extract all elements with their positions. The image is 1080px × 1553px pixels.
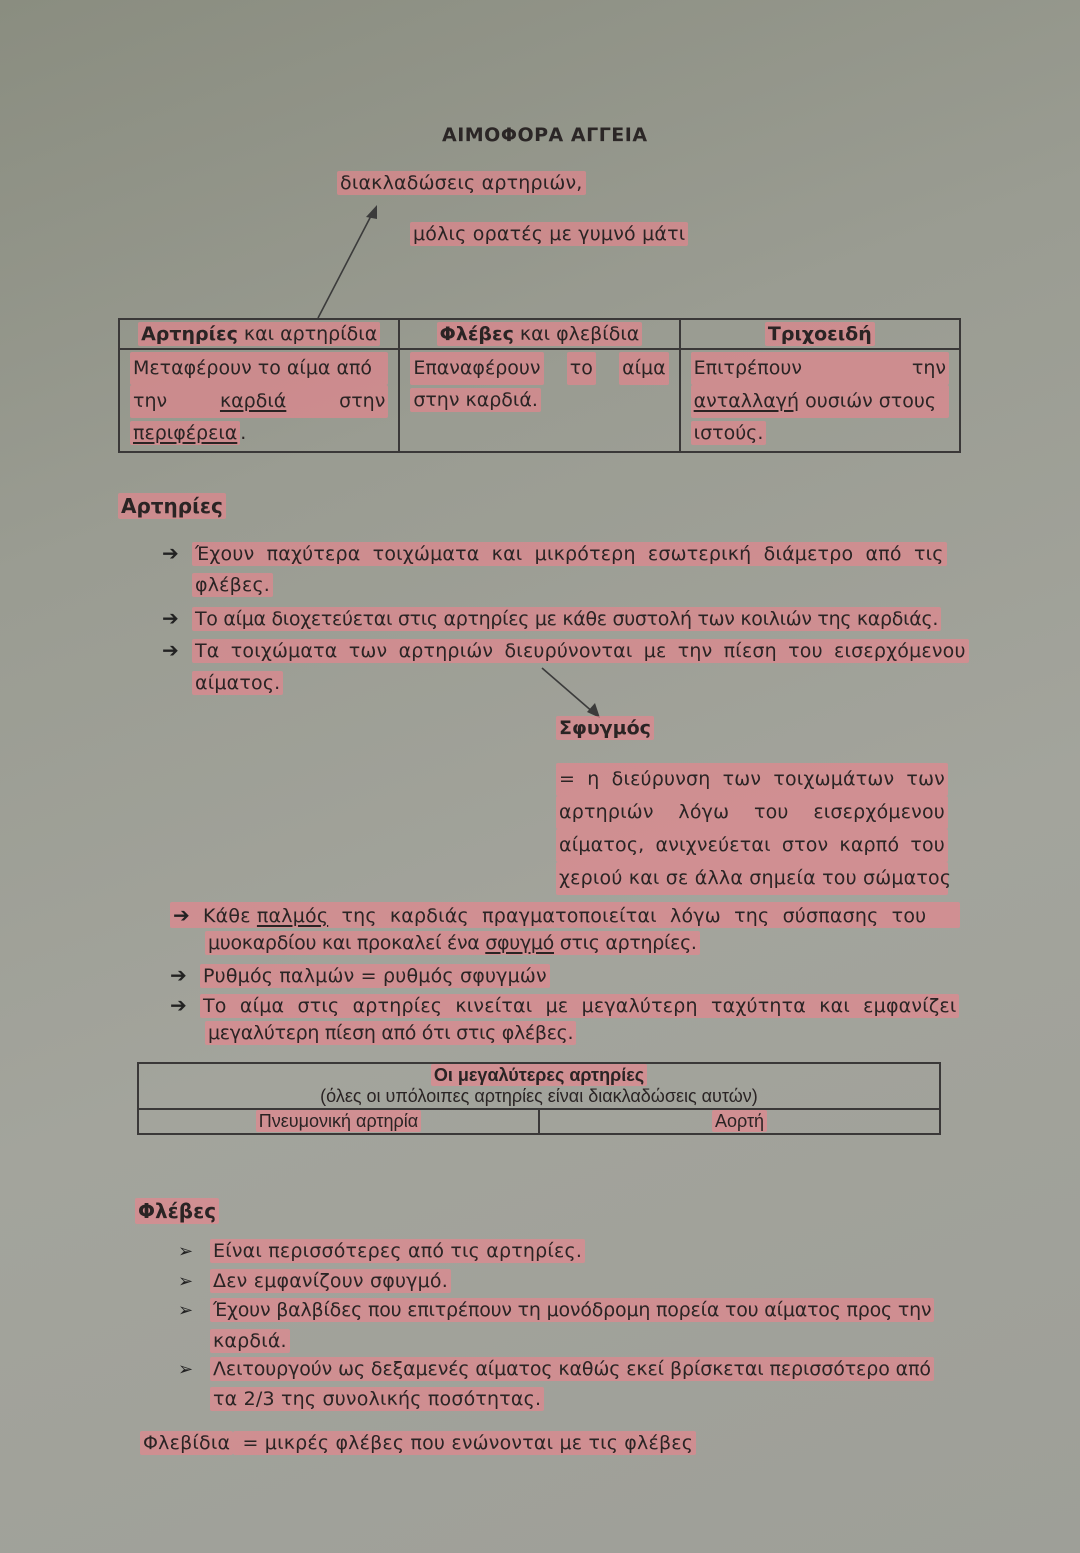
- list-item-continuation: μεγαλύτερη πίεση από ότι στις φλέβες.: [205, 1022, 576, 1044]
- table-row: Πνευμονική αρτηρία Αορτή: [138, 1109, 940, 1134]
- cell-veins: Επαναφέρουντοαίμα στην καρδιά.: [399, 349, 679, 452]
- triangle-bullet-icon: ➢: [178, 1241, 210, 1262]
- arrow-bullet-icon: ➔: [162, 541, 192, 565]
- table-header-row: Αρτηρίες και αρτηρίδια Φλέβες και φλεβίδ…: [119, 319, 960, 349]
- pulse-definition: = η διεύρυνση των τοιχωμάτων των αρτηριώ…: [556, 763, 948, 895]
- list-item-continuation: μυοκαρδίου και προκαλεί ένα σφυγμό στις …: [205, 932, 700, 954]
- list-item: ➢Έχουν βαλβίδες που επιτρέπουν τη μονόδρ…: [178, 1299, 934, 1321]
- cell-aorta: Αορτή: [539, 1109, 940, 1134]
- annotation-branches: διακλαδώσεις αρτηριών,: [337, 172, 586, 194]
- arrow-bullet-icon: ➔: [173, 903, 203, 927]
- list-item: ➔Το αίμα διοχετεύεται στις αρτηρίες με κ…: [162, 606, 941, 630]
- arrow-head-icon: [366, 205, 377, 219]
- list-item-continuation: αίματος.: [192, 672, 283, 694]
- list-item-continuation: καρδιά.: [210, 1330, 290, 1352]
- list-item: ➔Το αίμα στις αρτηρίες κινείται με μεγαλ…: [170, 993, 959, 1017]
- vessel-types-table: Αρτηρίες και αρτηρίδια Φλέβες και φλεβίδ…: [118, 318, 961, 453]
- cell-arteries: Μεταφέρουν το αίμα από τηνκαρδιάστην περ…: [119, 349, 399, 452]
- section-heading-veins: Φλέβες: [135, 1199, 219, 1223]
- list-item: ➔Ρυθμός παλμών = ρυθμός σφυγμών: [170, 963, 550, 987]
- venules-def: = μικρές φλέβες που ενώνονται με τις φλέ…: [233, 1431, 696, 1455]
- arrow-line-branches: [318, 214, 372, 318]
- list-item: ➢Δεν εμφανίζουν σφυγμό.: [178, 1270, 451, 1292]
- list-item: ➔Έχουν παχύτερα τοιχώματα και μικρότερη …: [162, 541, 947, 565]
- document-page: ΑΙΜΟΦΟΡΑ ΑΓΓΕΙΑ διακλαδώσεις αρτηριών, μ…: [0, 0, 1080, 1553]
- arrow-bullet-icon: ➔: [170, 963, 200, 987]
- cell-pulmonary-artery: Πνευμονική αρτηρία: [138, 1109, 539, 1134]
- venules-term: Φλεβίδια: [140, 1431, 233, 1455]
- major-arteries-header: Οι μεγαλύτερες αρτηρίες (όλες οι υπόλοιπ…: [138, 1063, 940, 1109]
- major-arteries-subheader: (όλες οι υπόλοιπες αρτηρίες είναι διακλα…: [145, 1086, 933, 1107]
- cell-capillaries: Επιτρέπουντην ανταλλαγή ουσιών στους ιστ…: [680, 349, 960, 452]
- list-item: ➔Κάθε παλμός της καρδιάς πραγματοποιείτα…: [170, 902, 960, 928]
- header-veins: Φλέβες και φλεβίδια: [399, 319, 679, 349]
- list-item: ➢Λειτουργούν ως δεξαμενές αίματος καθώς …: [178, 1358, 934, 1380]
- arrow-bullet-icon: ➔: [162, 606, 192, 630]
- arrow-bullet-icon: ➔: [162, 638, 192, 662]
- list-item-continuation: φλέβες.: [192, 574, 273, 596]
- pulse-term: Σφυγμός: [556, 717, 654, 739]
- triangle-bullet-icon: ➢: [178, 1359, 210, 1380]
- venules-definition: Φλεβίδια = μικρές φλέβες που ενώνονται μ…: [140, 1432, 696, 1454]
- arrow-bullet-icon: ➔: [170, 993, 200, 1017]
- list-item: ➢Είναι περισσότερες από τις αρτηρίες.: [178, 1240, 585, 1262]
- annotation-line-1: διακλαδώσεις αρτηριών,: [337, 171, 586, 195]
- major-arteries-table: Οι μεγαλύτερες αρτηρίες (όλες οι υπόλοιπ…: [137, 1062, 941, 1135]
- list-item: ➔Τα τοιχώματα των αρτηριών διευρύνονται …: [162, 638, 969, 662]
- triangle-bullet-icon: ➢: [178, 1300, 210, 1321]
- arrow-line-pulse: [542, 668, 594, 713]
- page-title: ΑΙΜΟΦΟΡΑ ΑΓΓΕΙΑ: [442, 124, 648, 146]
- list-item-continuation: τα 2/3 της συνολικής ποσότητας.: [210, 1388, 544, 1410]
- annotation-visible: μόλις ορατές με γυμνό μάτι: [410, 223, 688, 245]
- triangle-bullet-icon: ➢: [178, 1271, 210, 1292]
- header-arteries: Αρτηρίες και αρτηρίδια: [119, 319, 399, 349]
- section-heading-arteries: Αρτηρίες: [118, 494, 226, 518]
- table-row: Μεταφέρουν το αίμα από τηνκαρδιάστην περ…: [119, 349, 960, 452]
- annotation-line-2: μόλις ορατές με γυμνό μάτι: [410, 222, 688, 246]
- header-capillaries: Τριχοειδή: [680, 319, 960, 349]
